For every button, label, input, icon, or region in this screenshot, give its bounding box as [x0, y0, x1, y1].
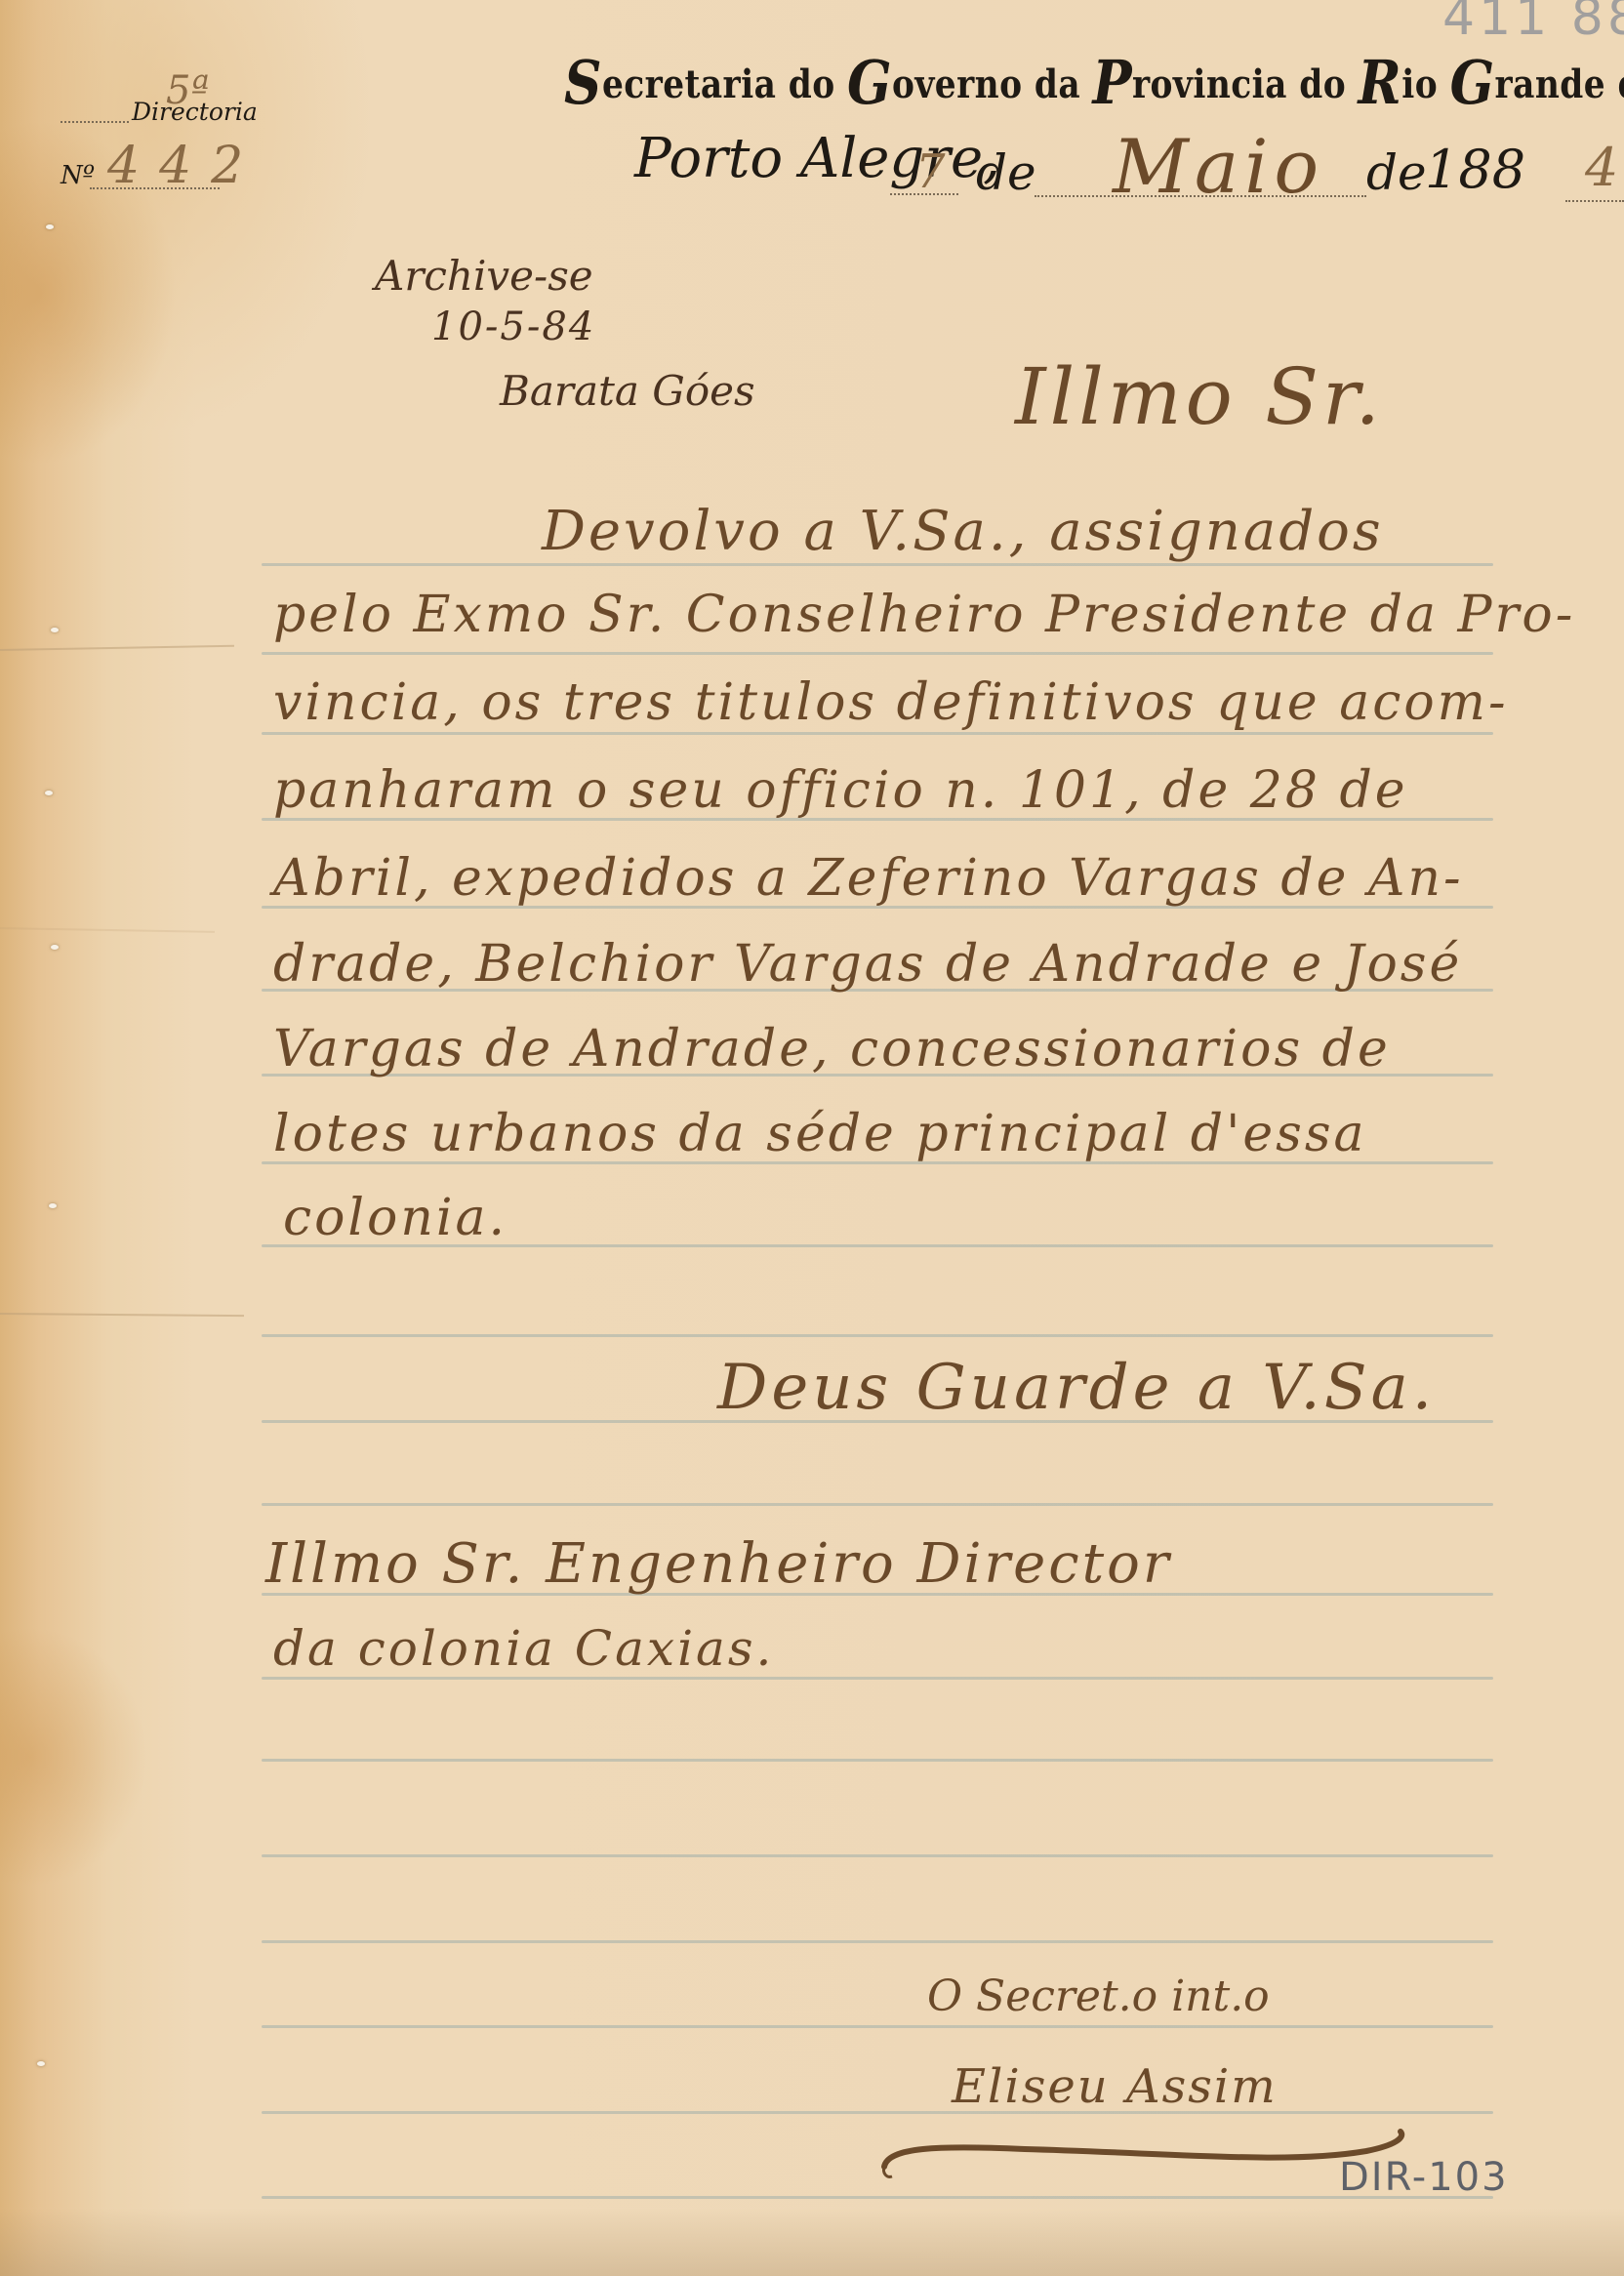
- date-month: Maio: [1113, 123, 1324, 210]
- paper-crease: [0, 645, 234, 651]
- document-number: 442: [107, 137, 263, 195]
- signature-name: Eliseu Assim: [952, 2059, 1278, 2114]
- ruled-line: [262, 1677, 1493, 1680]
- directoria-label: Directoria: [132, 98, 258, 126]
- body-line-4: panharam o seu officio n. 101, de 28 de: [273, 761, 1408, 820]
- ruled-line: [262, 1854, 1493, 1857]
- addressee-line-1: Illmo Sr. Engenheiro Director: [265, 1532, 1172, 1596]
- archive-reference-pencil: DIR-103: [1339, 2155, 1509, 2200]
- ruled-line: [262, 2196, 1493, 2199]
- year-dotted-line: [1565, 200, 1624, 202]
- body-line-1: Devolvo a V.Sa., assignados: [542, 500, 1384, 563]
- paper-crease: [0, 1313, 244, 1317]
- pin-hole: [45, 791, 53, 795]
- body-line-6: drade, Belchior Vargas de Andrade e José: [273, 935, 1462, 994]
- date-day: 7: [915, 144, 946, 199]
- date-year-handwritten: 4: [1585, 137, 1618, 198]
- ruled-line: [262, 1503, 1493, 1506]
- ruled-line: [262, 1334, 1493, 1337]
- date-de-2: de: [1366, 144, 1427, 201]
- pin-hole: [46, 224, 54, 229]
- pin-hole: [51, 945, 59, 950]
- pin-hole: [37, 2061, 45, 2066]
- ruled-line: [262, 1759, 1493, 1762]
- ruled-line: [262, 1940, 1493, 1943]
- body-line-2: pelo Exmo Sr. Conselheiro Presidente da …: [273, 586, 1575, 644]
- signature-title: O Secret.o int.o: [927, 1971, 1270, 2021]
- body-line-5: Abril, expedidos a Zeferino Vargas de An…: [273, 849, 1464, 908]
- margin-note-signature: Barata Góes: [500, 367, 755, 415]
- body-line-7: Vargas de Andrade, concessionarios de: [273, 1020, 1391, 1078]
- body-line-9: colonia.: [283, 1189, 507, 1247]
- ruled-line: [262, 2111, 1493, 2114]
- ruled-line: [262, 563, 1493, 566]
- letterhead-title: Secretaria do Governo da Provincia do Ri…: [564, 47, 1624, 118]
- paper-sheet: 411 884 Secretaria do Governo da Provinc…: [0, 0, 1624, 2276]
- ruled-line: [262, 652, 1493, 655]
- ruled-line: [262, 732, 1493, 735]
- margin-note-date: 10-5-84: [431, 305, 595, 349]
- number-label: Nº: [61, 161, 95, 190]
- directoria-dotted-line: [61, 121, 129, 123]
- salutation: Illmo Sr.: [1015, 351, 1384, 442]
- body-line-8: lotes urbanos da séde principal d'essa: [273, 1105, 1367, 1163]
- addressee-line-2: da colonia Caxias.: [273, 1620, 774, 1677]
- body-line-3: vincia, os tres titulos definitivos que …: [273, 673, 1509, 732]
- pin-hole: [49, 1203, 57, 1208]
- margin-note-archive: Archive-se: [375, 252, 593, 300]
- archive-number-pencil: 411 884: [1442, 0, 1624, 47]
- pin-hole: [51, 628, 59, 632]
- date-de-1: de: [976, 144, 1036, 201]
- ruled-line: [262, 2025, 1493, 2028]
- paper-crease: [0, 927, 215, 933]
- date-year-printed: 188: [1425, 139, 1525, 200]
- closing: Deus Guarde a V.Sa.: [717, 1352, 1436, 1424]
